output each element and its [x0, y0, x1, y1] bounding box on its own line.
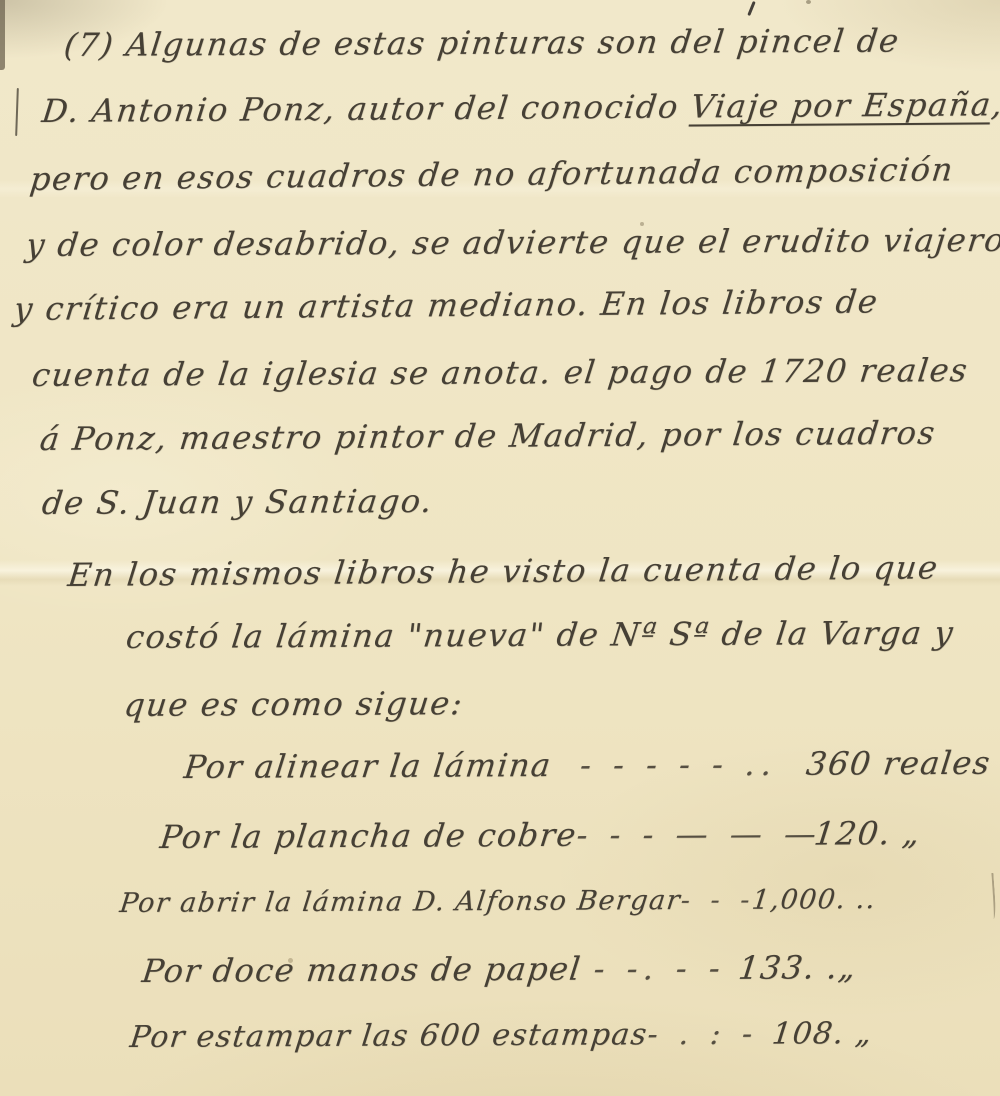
account-leader-dashes: - - - . [679, 885, 754, 916]
account-row: Por abrir la lámina D. Alfonso Bergar - … [118, 884, 878, 919]
manuscript-line: (7) Algunas de estas pinturas son del pi… [62, 22, 902, 64]
paper-speck [640, 222, 644, 226]
account-item-amount: 120. „ [812, 814, 923, 853]
account-row: Por alinear la lámina - - - - - .. 360 r… [182, 744, 993, 786]
margin-pen-stroke [15, 88, 19, 136]
account-leader-dashes: - . : - . [646, 1017, 775, 1053]
account-item-amount: 360 reales [804, 744, 993, 783]
account-row: Por la plancha de cobre - - - — — — 120.… [158, 814, 923, 856]
account-row: Por doce manos de papel - -. - - 133. .„ [140, 948, 859, 990]
account-item-amount: 108. „ [770, 1016, 874, 1052]
account-item-amount: 1,000. .. [750, 884, 878, 916]
account-row: Por estampar las 600 estampas - . : - . … [128, 1016, 875, 1055]
manuscript-page: (7) Algunas de estas pinturas son del pi… [0, 0, 1000, 1096]
paper-speck [806, 0, 811, 4]
manuscript-line: En los mismos libros he visto la cuenta … [66, 548, 941, 594]
manuscript-line: cuenta de la iglesia se anota. el pago d… [30, 351, 971, 394]
stray-pen-tick [747, 1, 755, 16]
account-leader-dashes: - -. - - [579, 949, 741, 988]
line-text: D. Antonio Ponz, autor del conocido [40, 87, 693, 130]
paper-speck [288, 958, 293, 963]
account-item-label: Por estampar las 600 estampas [128, 1017, 650, 1055]
manuscript-line: y de color desabrido, se advierte que el… [24, 221, 1000, 264]
account-item-label: Por abrir la lámina D. Alfonso Bergar [118, 885, 683, 919]
account-leader-dashes: - - - — — — [575, 815, 817, 854]
manuscript-line: y crítico era un artista mediano. En los… [12, 282, 881, 328]
account-item-label: Por alinear la lámina [182, 746, 554, 786]
account-item-label: Por doce manos de papel [140, 950, 583, 990]
account-leader-dashes: - - - - - .. [549, 745, 808, 784]
manuscript-line: D. Antonio Ponz, autor del conocido Viaj… [40, 85, 1000, 130]
right-edge-pen-stroke [988, 873, 996, 919]
manuscript-line: que es como sigue: [122, 684, 466, 724]
manuscript-line: de S. Juan y Santiago. [40, 482, 435, 522]
scan-edge-shadow [0, 0, 5, 70]
manuscript-line: costó la lámina "nueva" de Nª Sª de la V… [124, 614, 956, 656]
account-item-amount: 133. .„ [736, 948, 859, 987]
manuscript-line: á Ponz, maestro pintor de Madrid, por lo… [38, 414, 938, 458]
account-item-label: Por la plancha de cobre [158, 816, 579, 856]
book-title-underlined: Viaje por España [689, 85, 994, 125]
